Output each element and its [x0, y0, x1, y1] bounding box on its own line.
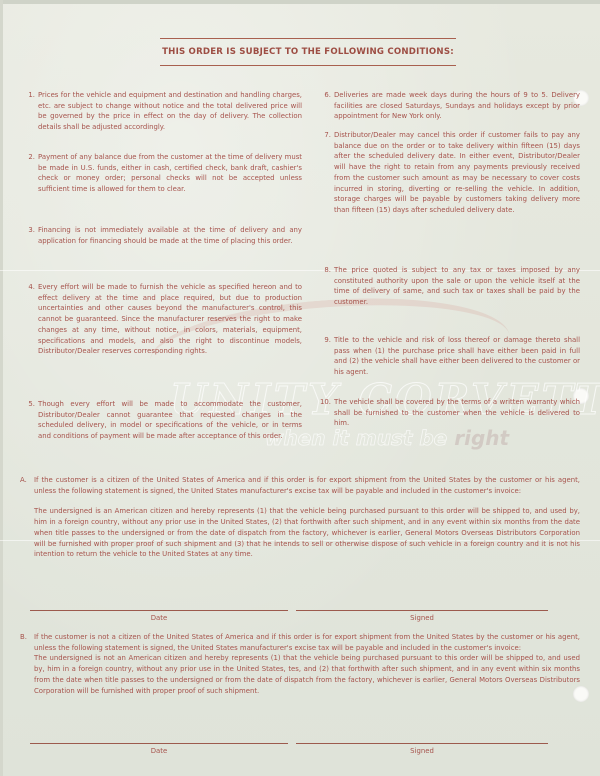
condition-text: Payment of any balance due from the cust…	[38, 152, 302, 195]
page-edge	[0, 0, 600, 4]
section-b-date-label: Date	[30, 747, 288, 755]
condition-number: 6.	[316, 90, 334, 122]
condition-text: Though every effort will be made to acco…	[38, 399, 302, 442]
condition-number: 7.	[316, 130, 334, 216]
condition-number: 5.	[20, 399, 38, 442]
condition-text: Distributor/Dealer may cancel this order…	[334, 130, 580, 216]
conditions-heading-box: THIS ORDER IS SUBJECT TO THE FOLLOWING C…	[160, 38, 456, 66]
section-b: B. If the customer is not a citizen of t…	[20, 632, 580, 696]
document-page: UNITY CORVETTE when it must be right THI…	[0, 0, 600, 776]
section-b-signed-label: Signed	[296, 747, 548, 755]
condition-text: Financing is not immediately available a…	[38, 225, 302, 246]
section-a-intro: If the customer is a citizen of the Unit…	[34, 475, 580, 496]
section-b-label: B.	[20, 632, 34, 653]
condition-number: 2.	[20, 152, 38, 195]
page-edge	[0, 0, 3, 776]
condition-number: 9.	[316, 335, 334, 378]
condition-item: 9. Title to the vehicle and risk of loss…	[316, 335, 580, 378]
section-b-signature-line[interactable]	[296, 743, 548, 744]
section-a: A. If the customer is a citizen of the U…	[20, 475, 580, 560]
condition-text: The price quoted is subject to any tax o…	[334, 265, 580, 308]
condition-item: 6. Deliveries are made week days during …	[316, 90, 580, 122]
page-title: THIS ORDER IS SUBJECT TO THE FOLLOWING C…	[160, 39, 456, 65]
section-b-intro: If the customer is not a citizen of the …	[34, 632, 580, 653]
section-b-statement: The undersigned is not an American citiz…	[20, 653, 580, 696]
section-a-label: A.	[20, 475, 34, 496]
condition-number: 3.	[20, 225, 38, 246]
condition-item: 3. Financing is not immediately availabl…	[20, 225, 302, 246]
condition-text: The vehicle shall be covered by the term…	[334, 397, 580, 429]
watermark-tagline-emphasis: right	[454, 426, 509, 450]
condition-text: Prices for the vehicle and equipment and…	[38, 90, 302, 133]
condition-number: 10.	[316, 397, 334, 429]
condition-number: 1.	[20, 90, 38, 133]
section-b-date-line[interactable]	[30, 743, 288, 744]
section-a-signed-label: Signed	[296, 614, 548, 622]
condition-text: Every effort will be made to furnish the…	[38, 282, 302, 357]
condition-item: 8. The price quoted is subject to any ta…	[316, 265, 580, 308]
section-a-date-label: Date	[30, 614, 288, 622]
condition-item: 10. The vehicle shall be covered by the …	[316, 397, 580, 429]
condition-item: 5. Though every effort will be made to a…	[20, 399, 302, 442]
condition-text: Deliveries are made week days during the…	[334, 90, 580, 122]
condition-item: 2. Payment of any balance due from the c…	[20, 152, 302, 195]
condition-item: 4. Every effort will be made to furnish …	[20, 282, 302, 357]
section-a-statement: The undersigned is an American citizen a…	[20, 506, 580, 560]
condition-item: 1. Prices for the vehicle and equipment …	[20, 90, 302, 133]
condition-number: 8.	[316, 265, 334, 308]
condition-text: Title to the vehicle and risk of loss th…	[334, 335, 580, 378]
section-a-signature-line[interactable]	[296, 610, 548, 611]
condition-item: 7. Distributor/Dealer may cancel this or…	[316, 130, 580, 216]
condition-number: 4.	[20, 282, 38, 357]
section-a-date-line[interactable]	[30, 610, 288, 611]
